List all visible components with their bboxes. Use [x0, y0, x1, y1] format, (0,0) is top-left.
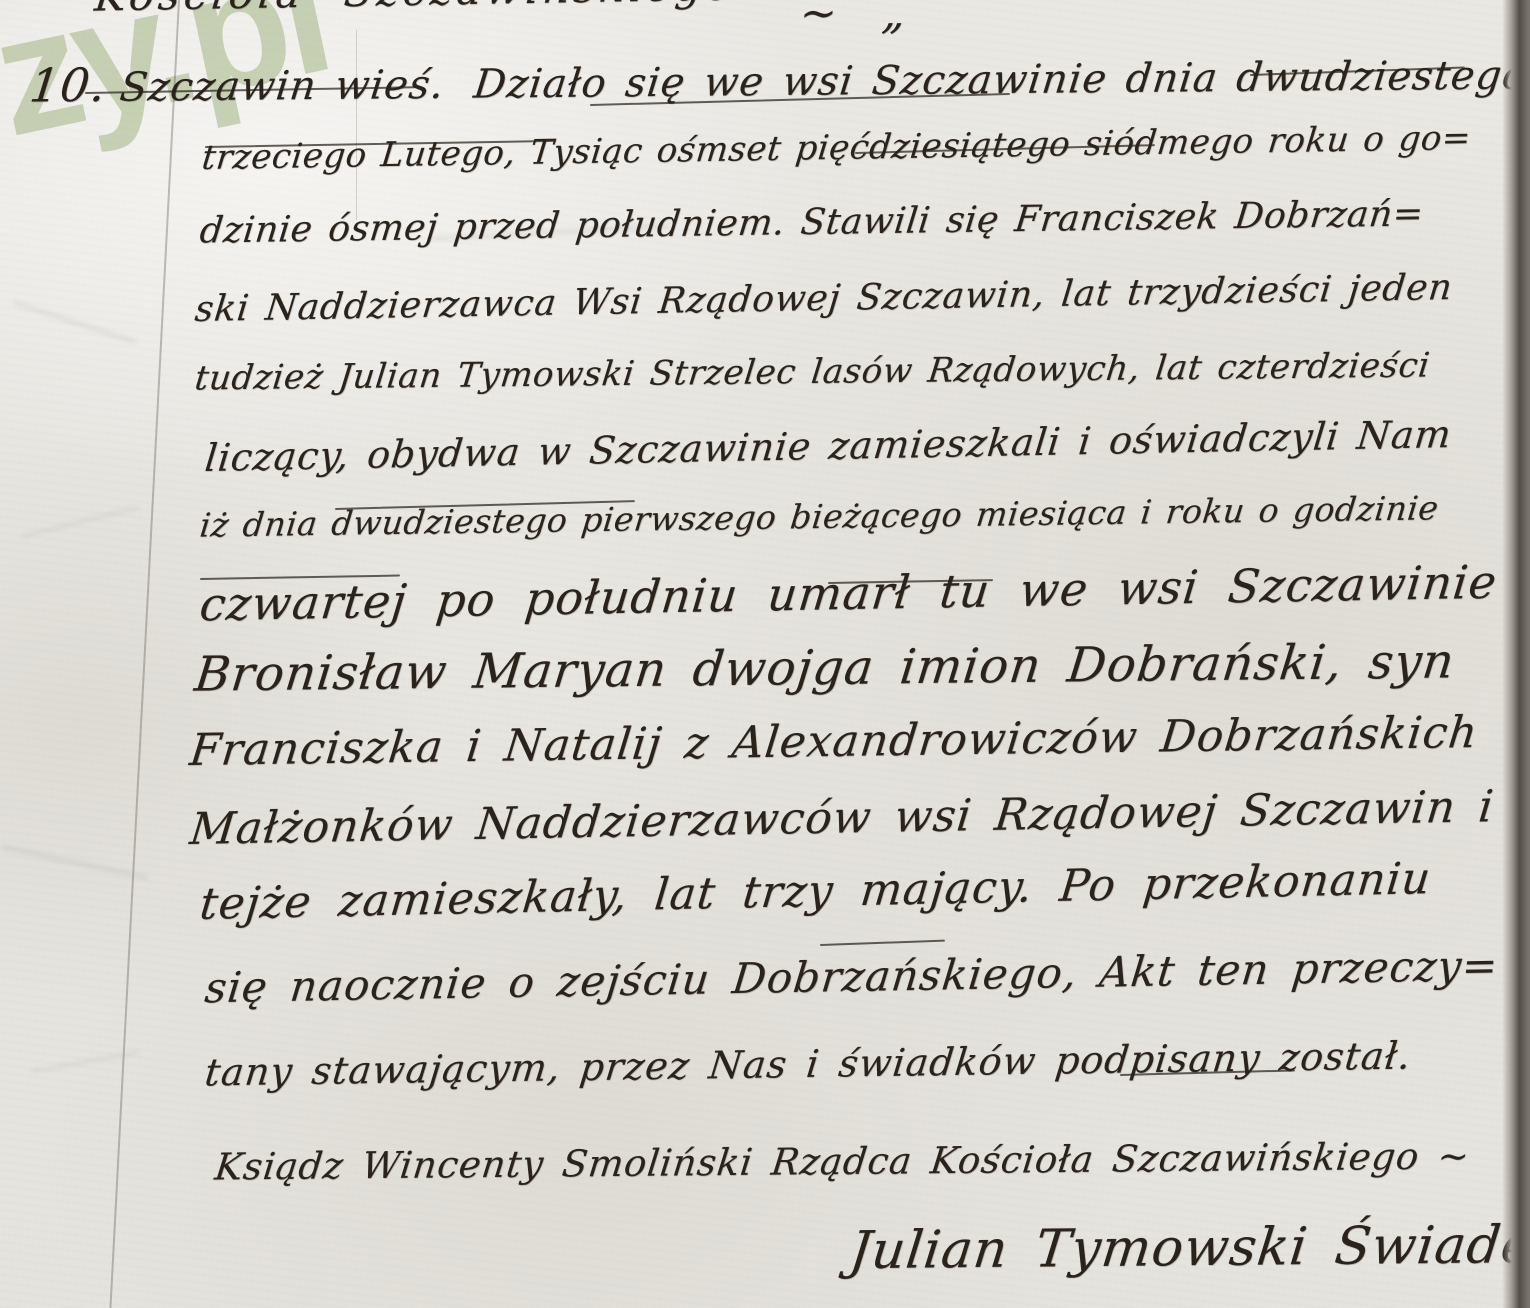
record-line: trzeciego Lutego, Tysiąc ośmset pięćdzie… — [202, 118, 1472, 178]
signature-witness: Julian Tymowski Świadek — [850, 1215, 1530, 1281]
previous-record-fragment: Kościoła Szczawińskiego — [95, 0, 737, 21]
record-line-parents: Franciszka i Natalij z Alexandrowiczów D… — [190, 707, 1478, 776]
record-line: dzinie ósmej przed południem. Stawili si… — [200, 193, 1424, 251]
ink-stroke — [820, 940, 945, 946]
bleed-through-mark — [12, 300, 137, 345]
record-line: Małżonków Naddzierzawców wsi Rządowej Sz… — [190, 780, 1530, 855]
record-number: 10. — [27, 58, 109, 113]
margin-rule — [109, 0, 179, 1308]
record-line: czwartej po południu umarł tu we wsi Szc… — [200, 555, 1498, 632]
signature-priest: Ksiądz Wincenty Smoliński Rządca Kościoł… — [215, 1135, 1470, 1189]
record-line-deceased-name: Bronisław Maryan dwojga imion Dobrański,… — [195, 633, 1455, 702]
record-line: liczący, obydwa w Szczawinie zamieszkali… — [205, 412, 1452, 480]
page-edge-shadow — [1502, 0, 1530, 1308]
record-line: tejże zamieszkały, lat trzy mający. Po p… — [200, 853, 1432, 930]
record-line: iż dnia dwudziestego pierwszego bieżąceg… — [200, 488, 1439, 544]
record-line: tudzież Julian Tymowski Strzelec lasów R… — [195, 346, 1430, 399]
bleed-through-mark — [21, 506, 138, 539]
record-line: tany stawającym, przez Nas i świadków po… — [205, 1034, 1412, 1095]
record-line: Działo się we wsi Szczawinie dnia dwudzi… — [472, 52, 1530, 107]
previous-record-flourish: ~ „ — [800, 0, 922, 39]
manuscript-page: zy.pl Kościoła Szczawińskiego ~ „ 10.Szc… — [0, 0, 1530, 1308]
bleed-through-mark — [1, 844, 149, 880]
record-line: się naocznie o zejściu Dobrzańskiego, Ak… — [205, 941, 1499, 1013]
record-line: ski Naddzierzawca Wsi Rządowej Szczawin,… — [195, 267, 1453, 330]
